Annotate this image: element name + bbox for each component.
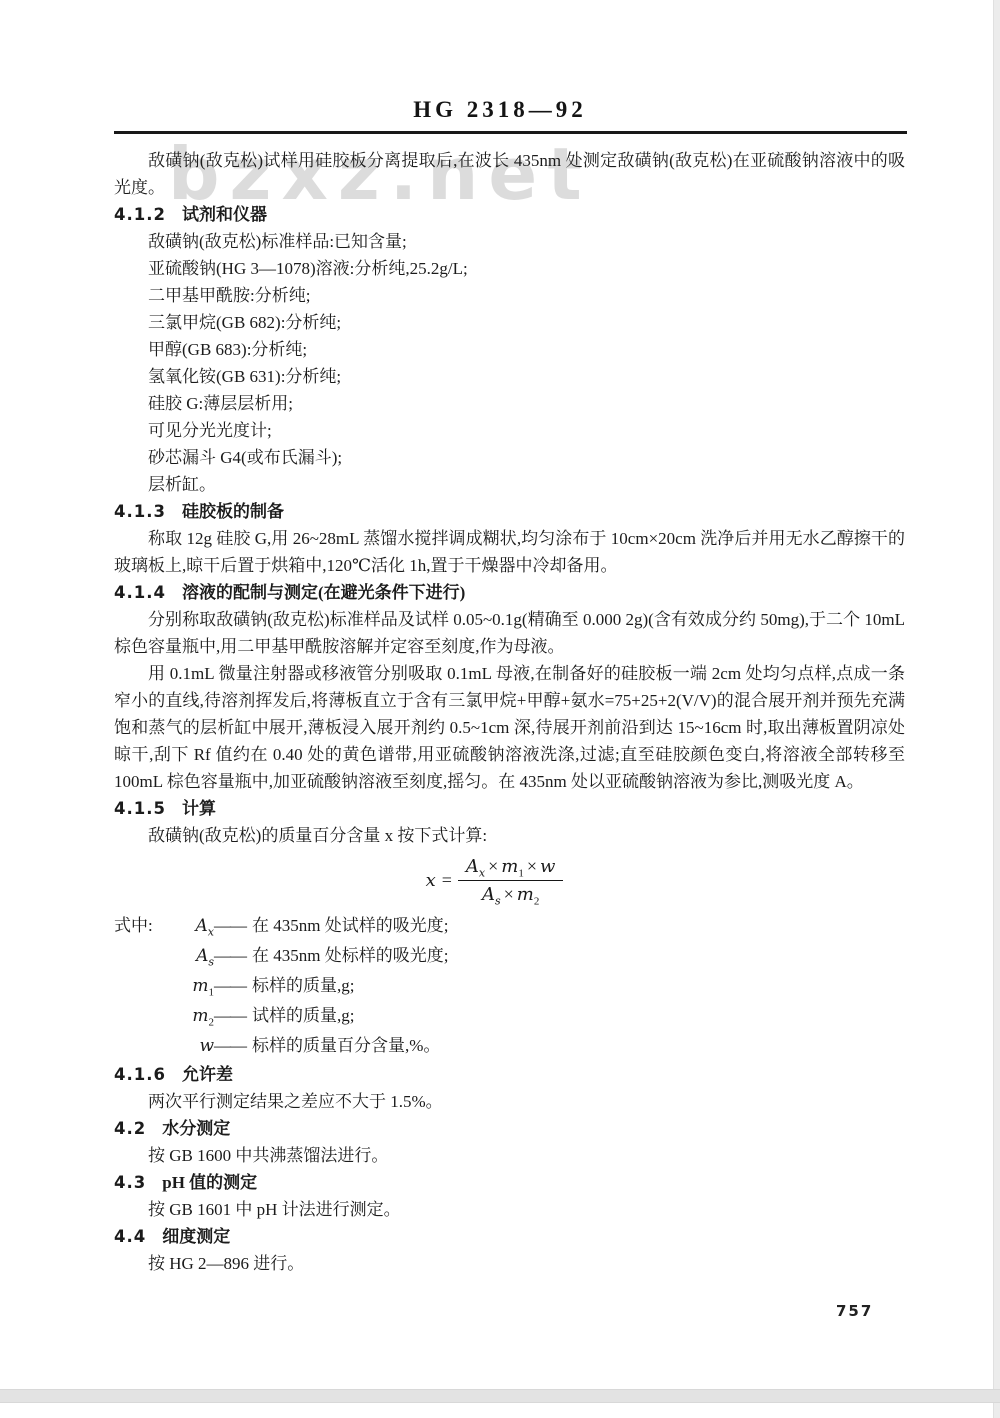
where-label: 式中:: [114, 911, 172, 941]
document-body: 敌磺钠(敌克松)试样用硅胶板分离提取后,在波长 435nm 处测定敌磺钠(敌克松…: [0, 147, 1000, 1277]
where-description: 在 435nm 处试样的吸光度;: [252, 911, 448, 941]
fraction: Ax×m1×wAs×m2: [458, 854, 564, 907]
formula-lead: 敌磺钠(敌克松)的质量百分含量 x 按下式计算:: [114, 822, 905, 849]
section-heading-4-1-4: 4.1.4溶液的配制与测定(在避光条件下进行): [114, 579, 905, 606]
where-dash: ——: [214, 1001, 246, 1031]
para-moisture: 按 GB 1600 中共沸蒸馏法进行。: [114, 1142, 905, 1169]
where-description: 标样的质量百分含量,%。: [252, 1031, 440, 1061]
where-dash: ——: [214, 1031, 246, 1061]
reagent-item: 二甲基甲酰胺:分析纯;: [114, 282, 905, 309]
section-number: 4.1.6: [114, 1065, 166, 1084]
section-heading-4-1-5: 4.1.5计算: [114, 795, 905, 822]
section-title: 细度测定: [162, 1227, 230, 1246]
reagent-item: 氢氧化铵(GB 631):分析纯;: [114, 363, 905, 390]
section-title: 试剂和仪器: [182, 205, 267, 224]
section-heading-4-1-3: 4.1.3硅胶板的制备: [114, 498, 905, 525]
section-title: 硅胶板的制备: [182, 502, 284, 521]
header-rule: [114, 131, 907, 134]
where-dash: ——: [214, 971, 246, 1001]
page-number: 757: [836, 1302, 873, 1320]
section-number: 4.4: [114, 1227, 146, 1246]
section-title: 计算: [182, 799, 216, 818]
standard-code: HG 2318—92: [0, 96, 1000, 124]
scan-bottom-strip: [0, 1389, 1000, 1403]
para-allowed-difference: 两次平行测定结果之差应不大于 1.5%。: [114, 1088, 905, 1115]
section-heading-4-3: 4.3pH 值的测定: [114, 1169, 905, 1196]
intro-paragraph: 敌磺钠(敌克松)试样用硅胶板分离提取后,在波长 435nm 处测定敌磺钠(敌克松…: [114, 147, 905, 201]
fraction-denominator: As×m2: [458, 880, 564, 907]
page-header: HG 2318—92: [0, 0, 1000, 134]
section-number: 4.1.4: [114, 583, 166, 602]
reagent-item: 甲醇(GB 683):分析纯;: [114, 336, 905, 363]
where-line: 式中: Ax —— 在 435nm 处试样的吸光度;: [114, 911, 905, 941]
where-line: m2 —— 试样的质量,g;: [114, 1001, 905, 1031]
where-line: As —— 在 435nm 处标样的吸光度;: [114, 941, 905, 971]
reagent-item: 硅胶 G:薄层层析用;: [114, 390, 905, 417]
equals-sign: =: [442, 867, 452, 894]
where-description: 试样的质量,g;: [252, 1001, 354, 1031]
para-solution-preparation-2: 用 0.1mL 微量注射器或移液管分别吸取 0.1mL 母液,在制备好的硅胶板一…: [114, 660, 905, 795]
reagent-item: 敌磺钠(敌克松)标准样品:已知含量;: [114, 228, 905, 255]
section-heading-4-2: 4.2水分测定: [114, 1115, 905, 1142]
section-title: 溶液的配制与测定(在避光条件下进行): [182, 583, 465, 602]
reagent-item: 三氯甲烷(GB 682):分析纯;: [114, 309, 905, 336]
where-description: 标样的质量,g;: [252, 971, 354, 1001]
where-dash: ——: [214, 911, 246, 941]
reagent-item: 亚硫酸钠(HG 3—1078)溶液:分析纯,25.2g/L;: [114, 255, 905, 282]
formula: x=Ax×m1×wAs×m2: [114, 852, 875, 908]
where-symbol: m2: [172, 1001, 214, 1031]
where-line: m1 —— 标样的质量,g;: [114, 971, 905, 1001]
where-description: 在 435nm 处标样的吸光度;: [252, 941, 448, 971]
where-symbol: Ax: [172, 911, 214, 941]
para-ph: 按 GB 1601 中 pH 计法进行测定。: [114, 1196, 905, 1223]
para-solution-preparation-1: 分别称取敌磺钠(敌克松)标准样品及试样 0.05~0.1g(精确至 0.000 …: [114, 606, 905, 660]
section-number: 4.3: [114, 1173, 146, 1192]
section-title: 允许差: [182, 1065, 233, 1084]
section-number: 4.1.5: [114, 799, 166, 818]
where-symbol: m1: [172, 971, 214, 1001]
section-number: 4.2: [114, 1119, 146, 1138]
fraction-numerator: Ax×m1×w: [458, 854, 564, 880]
section-number: 4.1.2: [114, 205, 166, 224]
reagent-list: 敌磺钠(敌克松)标准样品:已知含量; 亚硫酸钠(HG 3—1078)溶液:分析纯…: [114, 228, 905, 498]
reagent-item: 层析缸。: [114, 471, 905, 498]
where-symbol: As: [172, 941, 214, 971]
section-title: pH 值的测定: [162, 1173, 257, 1192]
where-line: w —— 标样的质量百分含量,%。: [114, 1031, 905, 1061]
document-page: bzxz.net HG 2318—92 敌磺钠(敌克松)试样用硅胶板分离提取后,…: [0, 0, 1000, 1418]
section-number: 4.1.3: [114, 502, 166, 521]
section-title: 水分测定: [162, 1119, 230, 1138]
para-silica-plate-preparation: 称取 12g 硅胶 G,用 26~28mL 蒸馏水搅拌调成糊状,均匀涂布于 10…: [114, 525, 905, 579]
reagent-item: 可见分光光度计;: [114, 417, 905, 444]
formula-lhs: x: [426, 867, 436, 894]
reagent-item: 砂芯漏斗 G4(或布氏漏斗);: [114, 444, 905, 471]
where-dash: ——: [214, 941, 246, 971]
para-fineness: 按 HG 2—896 进行。: [114, 1250, 905, 1277]
section-heading-4-1-2: 4.1.2试剂和仪器: [114, 201, 905, 228]
section-heading-4-4: 4.4细度测定: [114, 1223, 905, 1250]
where-definitions: 式中: Ax —— 在 435nm 处试样的吸光度; As —— 在 435nm…: [114, 911, 905, 1061]
section-heading-4-1-6: 4.1.6允许差: [114, 1061, 905, 1088]
where-symbol: w: [172, 1031, 214, 1061]
